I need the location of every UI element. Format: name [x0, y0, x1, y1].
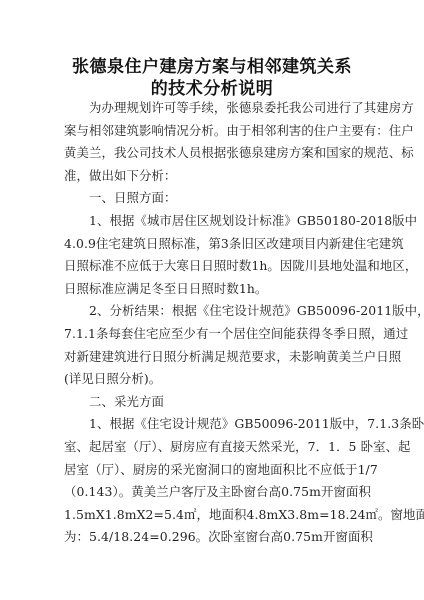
body-line: 黄美兰，我公司技术人员根据张德泉建房方案和国家的规范、标: [64, 142, 362, 165]
body-line: 为：5.4/18.24=0.296。次卧室窗台高0.75m开窗面积: [64, 526, 362, 549]
body-line: （0.143）。黄美兰户客厅及主卧窗台高0.75m开窗面积: [64, 481, 362, 504]
body-line: 7.1.1条每套住宅应至少有一个居住空间能获得冬季日照，通过: [64, 323, 362, 346]
body-line: 准，做出如下分析：: [64, 165, 362, 188]
document-page: 张德泉住户建房方案与相邻建筑关系 的技术分析说明 为办理规划许可等手续，张德泉委…: [0, 0, 424, 600]
body-line: 1、根据《城市居住区规划设计标准》GB50180-2018版中: [64, 210, 362, 233]
body-line: 对新建建筑进行日照分析满足规范要求，未影响黄美兰户日照: [64, 346, 362, 369]
body-line: 2、分析结果：根据《住宅设计规范》GB50096-2011版中，: [64, 300, 362, 323]
body-line: 1、根据《住宅设计规范》GB50096-2011版中，7.1.3条卧: [64, 413, 362, 436]
body-line: 1.5mX1.8mX2=5.4㎡，地面积4.8mX3.8m=18.24㎡。窗地面…: [64, 504, 362, 527]
body-line: 室、起居室（厅）、厨房应有直接天然采光，7．1．5 卧室、起: [64, 436, 362, 459]
body-line: 4.0.9住宅建筑日照标准，第3条旧区改建项目内新建住宅建筑: [64, 233, 362, 256]
body-line: 日照标准不应低于大寒日日照时数1h。因陇川县地处温和地区，: [64, 255, 362, 278]
body-line: (详见日照分析)。: [64, 368, 362, 391]
section-heading-sunlight: 一、日照方面：: [64, 187, 362, 210]
body-line: 为办理规划许可等手续，张德泉委托我公司进行了其建房方: [64, 97, 362, 120]
document-title-line-2: 的技术分析说明: [0, 74, 424, 99]
body-line: 日照标准应满足冬至日日照时数1h。: [64, 278, 362, 301]
document-body: 为办理规划许可等手续，张德泉委托我公司进行了其建房方 案与相邻建筑影响情况分析。…: [64, 97, 362, 549]
body-line: 案与相邻建筑影响情况分析。由于相邻利害的住户主要有：住户: [64, 120, 362, 143]
section-heading-daylighting: 二、采光方面: [64, 391, 362, 414]
body-line: 居室（厅）、厨房的采光窗洞口的窗地面积比不应低于1/7: [64, 459, 362, 482]
